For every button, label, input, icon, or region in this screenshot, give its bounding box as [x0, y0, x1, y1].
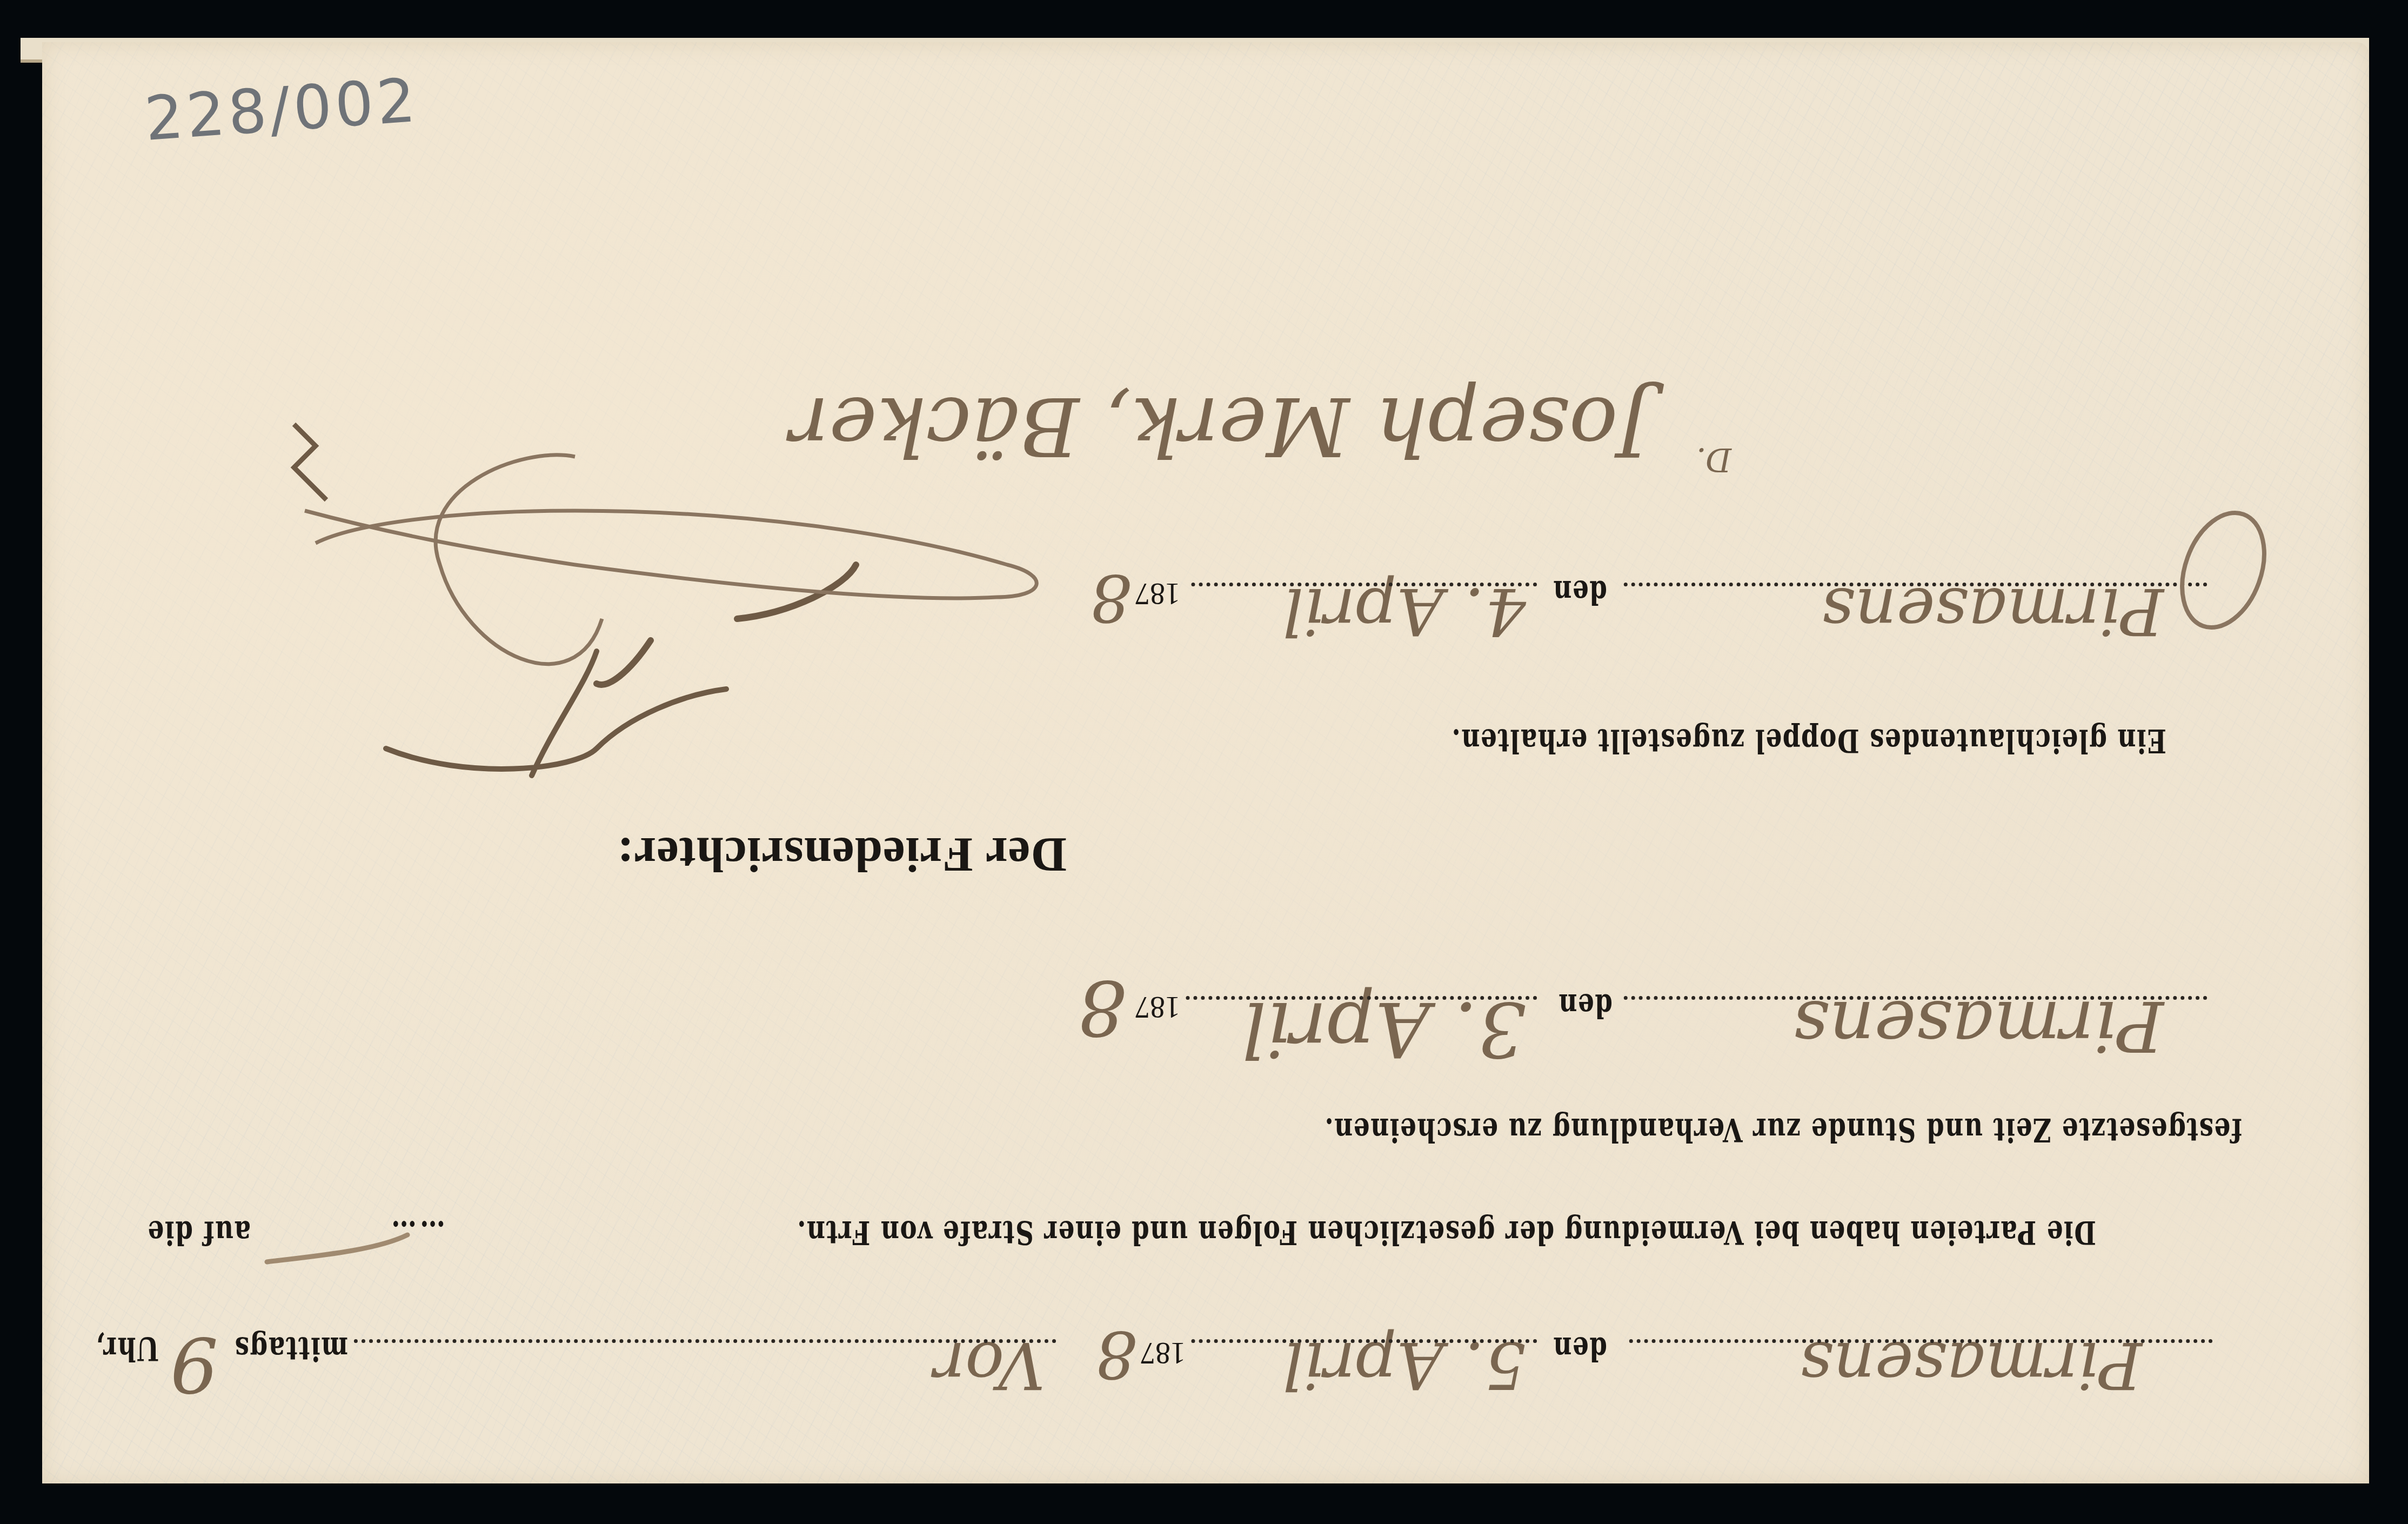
dotted-rule — [1623, 996, 2207, 1000]
year-digit: 8 — [1078, 963, 1126, 1051]
uhr-label: Uhr, — [95, 1329, 159, 1367]
receipt-loop-mark — [2158, 500, 2283, 640]
amount-dash-mark — [256, 1219, 418, 1267]
dotted-rule — [1186, 996, 1537, 1000]
judge-heading: Der Friedensrichter: — [617, 826, 1067, 884]
year-digit: 8 — [1096, 1316, 1137, 1392]
session-place: Pirmasens — [1800, 1327, 2142, 1402]
dotted-rule — [1629, 1339, 2212, 1343]
summons-form: 228/002 Pirmasens den 5. April 187 8 Vor… — [42, 42, 2369, 1483]
year-digit: 8 — [1091, 560, 1132, 635]
mittags-label: mittags — [234, 1329, 348, 1367]
dotted-rule — [1191, 1339, 1537, 1343]
parties-sentence: Die Parteien haben bei Vermeidung der ge… — [797, 1213, 2096, 1251]
year-printed: 187 — [1140, 1335, 1186, 1370]
den-label: den — [1553, 1329, 1607, 1367]
dotted-rule — [353, 1339, 1056, 1343]
year-printed: 187 — [1135, 990, 1180, 1024]
session-hour: 9 — [170, 1320, 218, 1408]
year-printed: 187 — [1135, 576, 1180, 611]
receipt-mark: D. — [1696, 440, 1731, 478]
parties-continuation: auf die — [147, 1213, 251, 1251]
dotted-rule — [1623, 583, 2207, 586]
recipient-signature: Joseph Merk, Bäcker — [790, 379, 1650, 473]
den-label: den — [1558, 986, 1613, 1024]
receipt-sentence: Ein gleichlautendes Doppel zugestellt er… — [1451, 721, 2166, 759]
appearance-sentence: festgesetzte Zeit und Stunde zur Verhand… — [1324, 1111, 2242, 1148]
dotted-rule — [1191, 583, 1537, 586]
session-day-month: 5. April — [1283, 1327, 1526, 1402]
session-period: Vor — [934, 1327, 1045, 1402]
den-label: den — [1553, 573, 1607, 611]
form-content-rotated: Pirmasens den 5. April 187 8 Vor mittags… — [42, 42, 2369, 1483]
